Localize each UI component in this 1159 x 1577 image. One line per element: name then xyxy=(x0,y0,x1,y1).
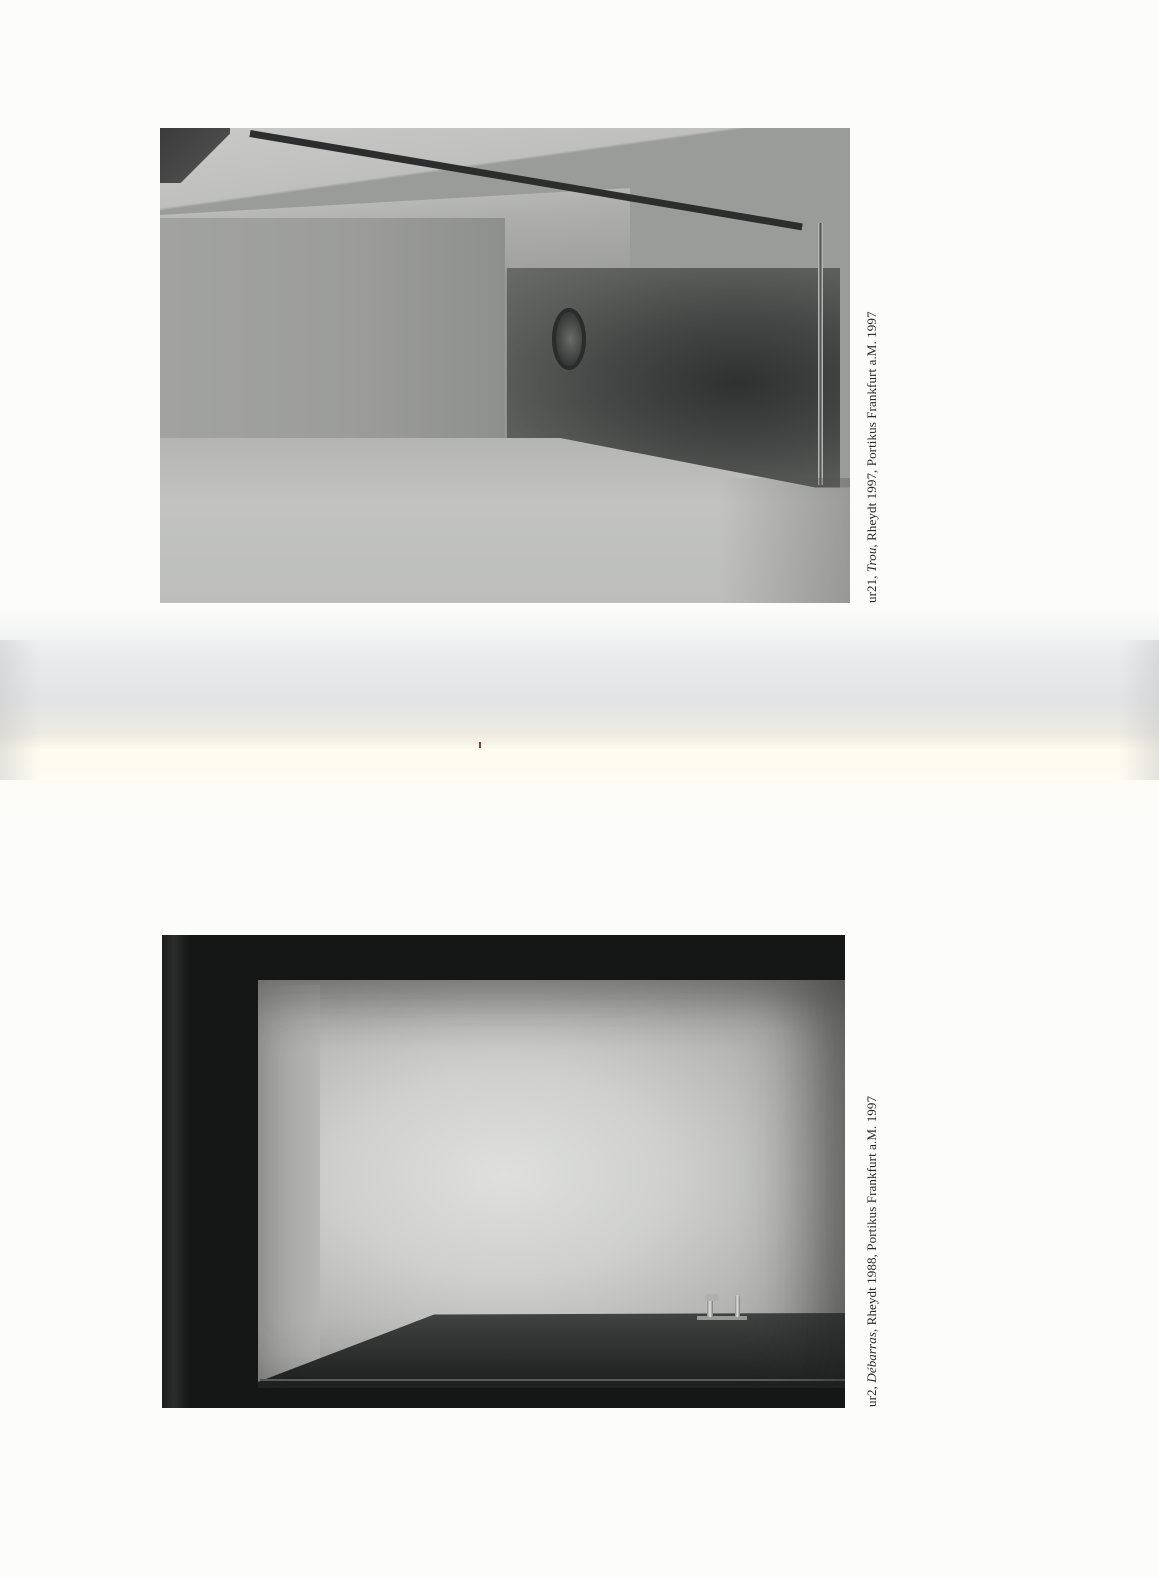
page-fold-gutter xyxy=(0,610,1159,810)
caption-id: ur21 xyxy=(864,579,879,603)
caption-trou: ur21, Trou, Rheydt 1997, Portikus Frankf… xyxy=(864,311,880,603)
caption-sep: , xyxy=(864,1383,879,1390)
photo-beam-corner xyxy=(160,128,230,183)
photo-floor-shadow xyxy=(720,478,850,603)
photo-left-wall xyxy=(160,218,505,438)
caption-title: Débarras xyxy=(864,1332,879,1383)
photo-debarras xyxy=(162,935,845,1408)
photo-trou xyxy=(160,128,850,603)
caption-title: Trou xyxy=(864,548,879,573)
photo-niche-side-wall xyxy=(258,985,320,1385)
gutter-shade-right xyxy=(1119,640,1159,780)
caption-id: ur2 xyxy=(864,1389,879,1407)
photo-tap-right xyxy=(735,1295,740,1317)
paper-speck xyxy=(479,742,481,748)
photo-tap-left-head xyxy=(705,1294,719,1301)
caption-sep: , xyxy=(864,572,879,579)
book-spread: ur21, Trou, Rheydt 1997, Portikus Frankf… xyxy=(0,0,1159,1577)
gutter-shade-left xyxy=(0,640,40,780)
caption-debarras: ur2, Débarras, Rheydt 1988, Portikus Fra… xyxy=(864,1096,880,1407)
photo-door-rail xyxy=(818,223,823,485)
photo-circular-hole xyxy=(552,308,586,370)
photo-frame-left xyxy=(162,935,192,1408)
caption-details: , Rheydt 1997, Portikus Frankfurt a.M. 1… xyxy=(864,311,879,547)
caption-details: , Rheydt 1988, Portikus Frankfurt a.M. 1… xyxy=(864,1096,879,1332)
photo-shelf-edge xyxy=(260,1379,845,1381)
